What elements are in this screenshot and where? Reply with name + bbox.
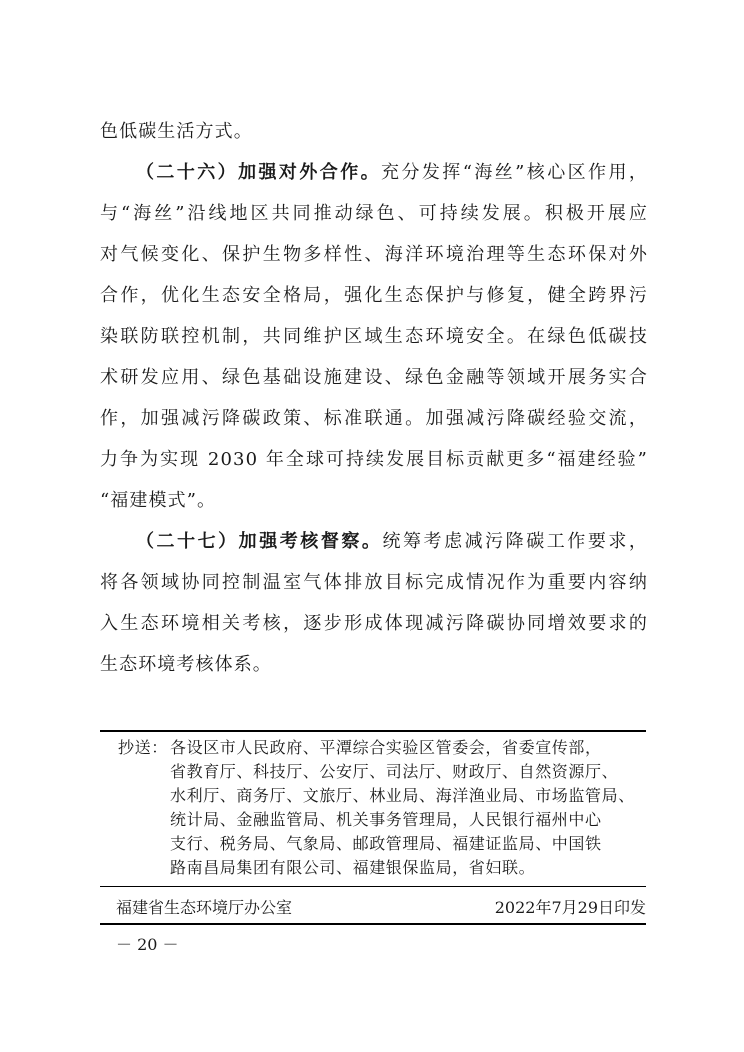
paragraph-line: 色低碳生活方式。 bbox=[100, 117, 253, 147]
cc-line: 水利厅、商务厅、文旅厅、林业局、海洋渔业局、市场监管局、 bbox=[170, 785, 635, 807]
paragraph-line: 力争为实现 2030 年全球可持续发展目标贡献更多“福建经验” bbox=[100, 445, 648, 475]
paragraph-text: 充分发挥“海丝”核心区作用， bbox=[381, 162, 648, 183]
paragraph-line: 术研发应用、绿色基础设施建设、绿色金融等领域开展务实合 bbox=[100, 363, 648, 393]
paragraph-line: “福建模式”。 bbox=[100, 486, 216, 516]
cc-line: 各设区市人民政府、平潭综合实验区管委会，省委宣传部， bbox=[170, 737, 602, 759]
paragraph-line: 入生态环境相关考核，逐步形成体现减污降碳协同增效要求的 bbox=[100, 609, 648, 639]
paragraph-26-first-line: （二十六）加强对外合作。充分发挥“海丝”核心区作用， bbox=[136, 158, 648, 188]
paragraph-line: 合作，优化生态安全格局，强化生态保护与修复，健全跨界污 bbox=[100, 281, 648, 311]
issue-date: 2022年7月29日印发 bbox=[495, 897, 646, 919]
paragraph-line: 生态环境考核体系。 bbox=[100, 650, 272, 680]
section-heading-26: （二十六）加强对外合作。 bbox=[136, 162, 381, 183]
document-page: 色低碳生活方式。 （二十六）加强对外合作。充分发挥“海丝”核心区作用， 与“海丝… bbox=[0, 0, 744, 1052]
cc-line: 省教育厅、科技厅、公安厅、司法厅、财政厅、自然资源厅、 bbox=[170, 761, 618, 783]
cc-line: 路南昌局集团有限公司、福建银保监局，省妇联。 bbox=[170, 857, 535, 879]
cc-line: 支行、税务局、气象局、邮政管理局、福建证监局、中国铁 bbox=[170, 833, 602, 855]
page-number: － 20 － bbox=[116, 932, 179, 955]
paragraph-line: 将各领域协同控制温室气体排放目标完成情况作为重要内容纳 bbox=[100, 568, 648, 598]
paragraph-text: 统筹考虑减污降碳工作要求， bbox=[382, 531, 648, 552]
footer-bottom-rule bbox=[100, 923, 646, 925]
paragraph-27-first-line: （二十七）加强考核督察。统筹考虑减污降碳工作要求， bbox=[136, 527, 648, 557]
paragraph-line: 与“海丝”沿线地区共同推动绿色、可持续发展。积极开展应 bbox=[100, 199, 648, 229]
issuer: 福建省生态环境厅办公室 bbox=[116, 897, 292, 919]
paragraph-line: 作，加强减污降碳政策、标准联通。加强减污降碳经验交流， bbox=[100, 404, 648, 434]
cc-label: 抄送： bbox=[118, 737, 168, 759]
paragraph-line: 染联防联控机制，共同维护区域生态环境安全。在绿色低碳技 bbox=[100, 322, 648, 352]
cc-top-rule bbox=[100, 730, 646, 732]
section-heading-27: （二十七）加强考核督察。 bbox=[136, 531, 382, 552]
cc-bottom-rule bbox=[100, 886, 646, 887]
paragraph-line: 对气候变化、保护生物多样性、海洋环境治理等生态环保对外 bbox=[100, 240, 648, 270]
cc-line: 统计局、金融监管局、机关事务管理局，人民银行福州中心 bbox=[170, 809, 602, 831]
